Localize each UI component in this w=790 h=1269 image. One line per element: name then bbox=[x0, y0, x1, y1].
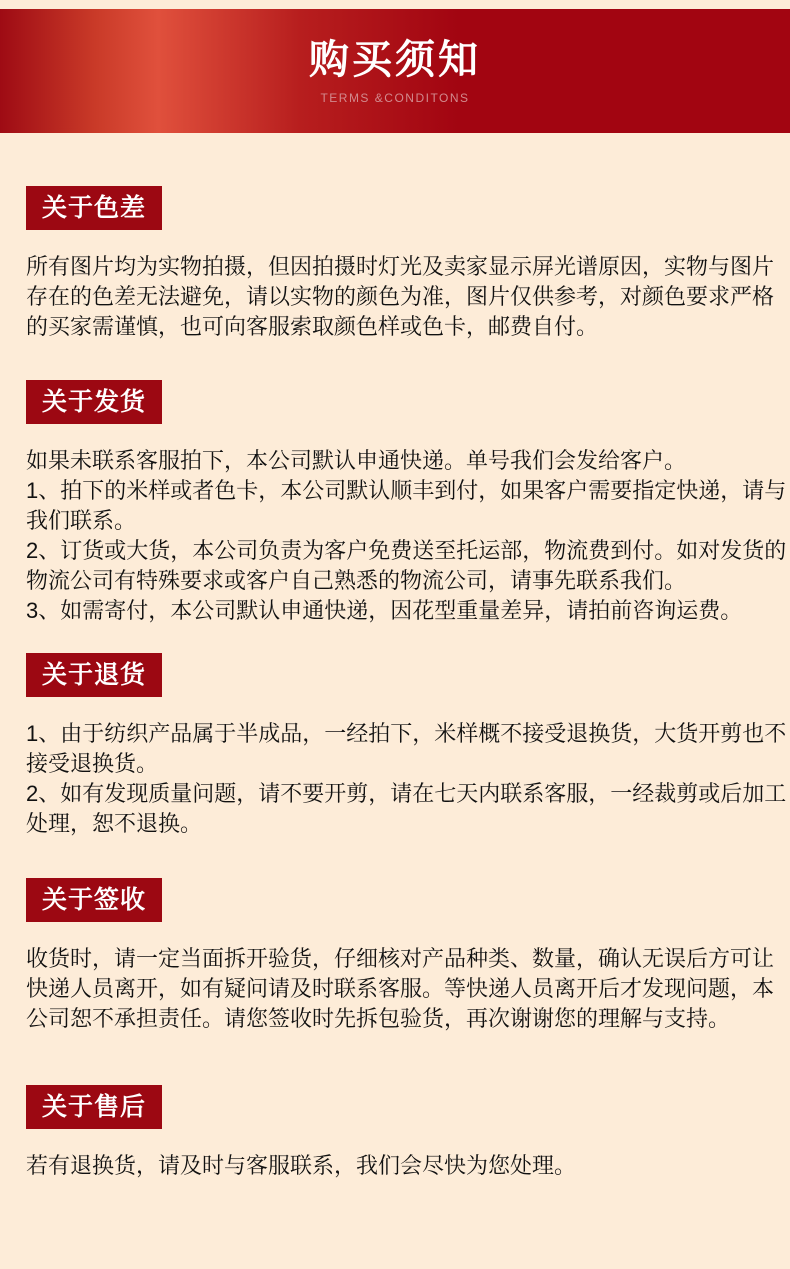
header-banner: 购买须知 TERMS &CONDITONS bbox=[0, 9, 790, 133]
badge-after-sales: 关于售后 bbox=[26, 1085, 162, 1129]
paragraph: 2、如有发现质量问题，请不要开剪，请在七天内联系客服，一经裁剪或后加工处理，恕不… bbox=[26, 779, 790, 839]
section-body: 若有退换货，请及时与客服联系，我们会尽快为您处理。 bbox=[26, 1151, 790, 1181]
paragraph: 1、由于纺织产品属于半成品，一经拍下，米样概不接受退换货，大货开剪也不接受退换货… bbox=[26, 719, 790, 779]
badge-color-difference: 关于色差 bbox=[26, 186, 162, 230]
section-body: 所有图片均为实物拍摄，但因拍摄时灯光及卖家显示屏光谱原因，实物与图片存在的色差无… bbox=[26, 252, 790, 342]
purchase-notice-page: 购买须知 TERMS &CONDITONS 关于色差 所有图片均为实物拍摄，但因… bbox=[0, 0, 790, 1269]
paragraph: 2、订货或大货，本公司负责为客户免费送至托运部，物流费到付。如对发货的物流公司有… bbox=[26, 536, 790, 596]
paragraph: 1、拍下的米样或者色卡，本公司默认顺丰到付，如果客户需要指定快递，请与我们联系。 bbox=[26, 476, 790, 536]
paragraph: 所有图片均为实物拍摄，但因拍摄时灯光及卖家显示屏光谱原因，实物与图片存在的色差无… bbox=[26, 252, 790, 342]
page-title: 购买须知 bbox=[0, 9, 790, 84]
paragraph: 3、如需寄付，本公司默认申通快递，因花型重量差异，请拍前咨询运费。 bbox=[26, 596, 790, 626]
badge-returns: 关于退货 bbox=[26, 653, 162, 697]
badge-sign-receipt: 关于签收 bbox=[26, 878, 162, 922]
paragraph: 收货时，请一定当面拆开验货，仔细核对产品种类、数量，确认无误后方可让快递人员离开… bbox=[26, 944, 790, 1034]
paragraph: 如果未联系客服拍下，本公司默认申通快递。单号我们会发给客户。 bbox=[26, 446, 790, 476]
section-body: 如果未联系客服拍下，本公司默认申通快递。单号我们会发给客户。 1、拍下的米样或者… bbox=[26, 446, 790, 626]
section-color-difference: 关于色差 所有图片均为实物拍摄，但因拍摄时灯光及卖家显示屏光谱原因，实物与图片存… bbox=[26, 186, 790, 342]
section-body: 收货时，请一定当面拆开验货，仔细核对产品种类、数量，确认无误后方可让快递人员离开… bbox=[26, 944, 790, 1034]
page-subtitle: TERMS &CONDITONS bbox=[0, 91, 790, 105]
section-after-sales: 关于售后 若有退换货，请及时与客服联系，我们会尽快为您处理。 bbox=[26, 1085, 790, 1181]
section-sign-receipt: 关于签收 收货时，请一定当面拆开验货，仔细核对产品种类、数量，确认无误后方可让快… bbox=[26, 878, 790, 1034]
section-returns: 关于退货 1、由于纺织产品属于半成品，一经拍下，米样概不接受退换货，大货开剪也不… bbox=[26, 653, 790, 839]
paragraph: 若有退换货，请及时与客服联系，我们会尽快为您处理。 bbox=[26, 1151, 790, 1181]
section-shipping: 关于发货 如果未联系客服拍下，本公司默认申通快递。单号我们会发给客户。 1、拍下… bbox=[26, 380, 790, 626]
section-body: 1、由于纺织产品属于半成品，一经拍下，米样概不接受退换货，大货开剪也不接受退换货… bbox=[26, 719, 790, 839]
badge-shipping: 关于发货 bbox=[26, 380, 162, 424]
